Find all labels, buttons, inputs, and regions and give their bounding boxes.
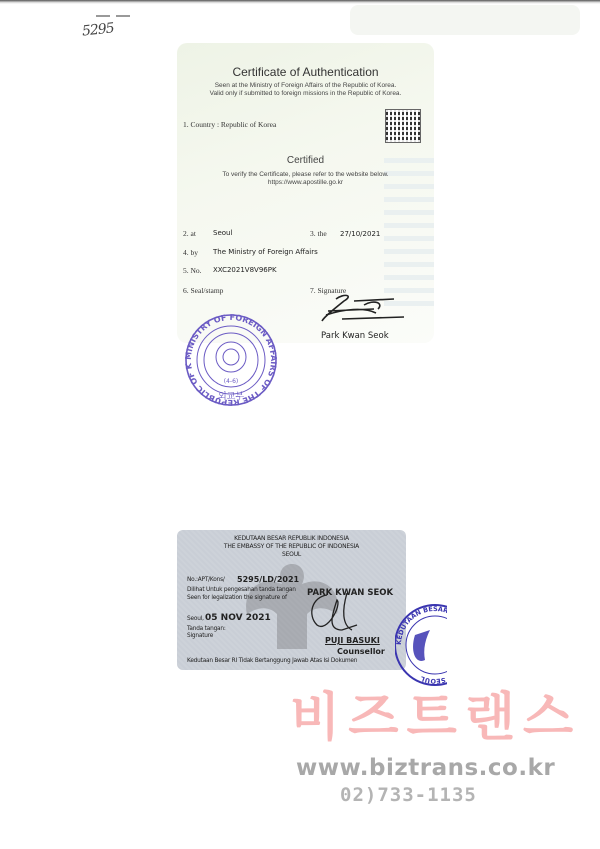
verify-url: https://www.apostille.go.kr: [177, 179, 434, 187]
header-line-1: KEDUTAAN BESAR REPUBLIK INDONESIA: [177, 535, 406, 543]
legalization-date: 05 NOV 2021: [205, 613, 271, 623]
date-label: 3. the: [310, 229, 327, 238]
certified-heading: Certified: [177, 155, 434, 166]
verify-text: To verify the Certificate, please refer …: [177, 171, 434, 187]
number-value: XXC2021V8V96PK: [213, 266, 277, 274]
watermark-url: www.biztrans.co.kr: [296, 755, 555, 781]
signature-icon: [314, 291, 414, 329]
handwritten-number: 5295: [81, 20, 114, 39]
scan-mark: [116, 15, 130, 17]
subtitle-line-1: Seen at the Ministry of Foreign Affairs …: [177, 82, 434, 90]
qr-code-icon: [385, 109, 421, 143]
signature-label-id: Tanda tangan:: [187, 626, 226, 632]
officer-title: Counsellor: [337, 647, 385, 656]
at-value: Seoul: [213, 229, 232, 237]
ref-number-label: No.:APT/Kons/: [187, 577, 225, 583]
embassy-legalization-stamp: KEDUTAAN BESAR REPUBLIK INDONESIA THE EM…: [177, 530, 406, 670]
country-field: 1. Country : Republic of Korea: [183, 120, 276, 129]
date-value: 27/10/2021: [340, 230, 380, 238]
apostille-certificate: Certificate of Authentication Seen at th…: [177, 43, 434, 343]
by-label: 4. by: [183, 248, 198, 257]
place: Seoul,: [187, 616, 204, 622]
scan-mark: [96, 15, 110, 17]
header-line-2: THE EMBASSY OF THE REPUBLIC OF INDONESIA: [177, 543, 406, 551]
svg-text:외교부: 외교부: [218, 390, 244, 402]
embassy-header: KEDUTAAN BESAR REPUBLIK INDONESIA THE EM…: [177, 535, 406, 559]
certificate-subtitle: Seen at the Ministry of Foreign Affairs …: [177, 82, 434, 98]
signatory-name: Park Kwan Seok: [321, 331, 389, 341]
certificate-title: Certificate of Authentication: [177, 65, 434, 79]
number-label: 5. No.: [183, 266, 202, 275]
seen-text-english: Seen for legalization the signature of: [187, 595, 287, 601]
svg-text:(4-6): (4-6): [224, 378, 238, 385]
seen-text-indonesian: Dilihat Untuk pengesahan tanda tangan: [187, 587, 296, 593]
by-value: The Ministry of Foreign Affairs: [213, 248, 318, 256]
signature-label-en: Signature: [187, 633, 213, 639]
officer-name: PUJI BASUKI: [325, 636, 380, 645]
background-ghost-box: [350, 5, 580, 35]
mofa-seal-icon: MINISTRY OF FOREIGN AFFAIRS OF THE REPUB…: [181, 313, 281, 408]
embassy-seal-icon: KEDUTAAN BESAR REPUBLIK INDONESIA SEOUL: [395, 600, 447, 690]
watermark-phone: 02)733-1135: [340, 784, 477, 806]
scan-top-edge: [0, 0, 600, 4]
ref-number-value: 5295/LD/2021: [237, 575, 299, 584]
at-label: 2. at: [183, 229, 196, 238]
subtitle-line-2: Valid only if submitted to foreign missi…: [177, 90, 434, 98]
watermark-brand-korean: 비즈트랜스: [290, 688, 581, 748]
seal-label: 6. Seal/stamp: [183, 286, 223, 295]
disclaimer: Kedutaan Besar RI Tidak Bertanggung Jawa…: [187, 658, 357, 664]
verify-line: To verify the Certificate, please refer …: [177, 171, 434, 179]
header-line-3: SEOUL: [177, 551, 406, 559]
